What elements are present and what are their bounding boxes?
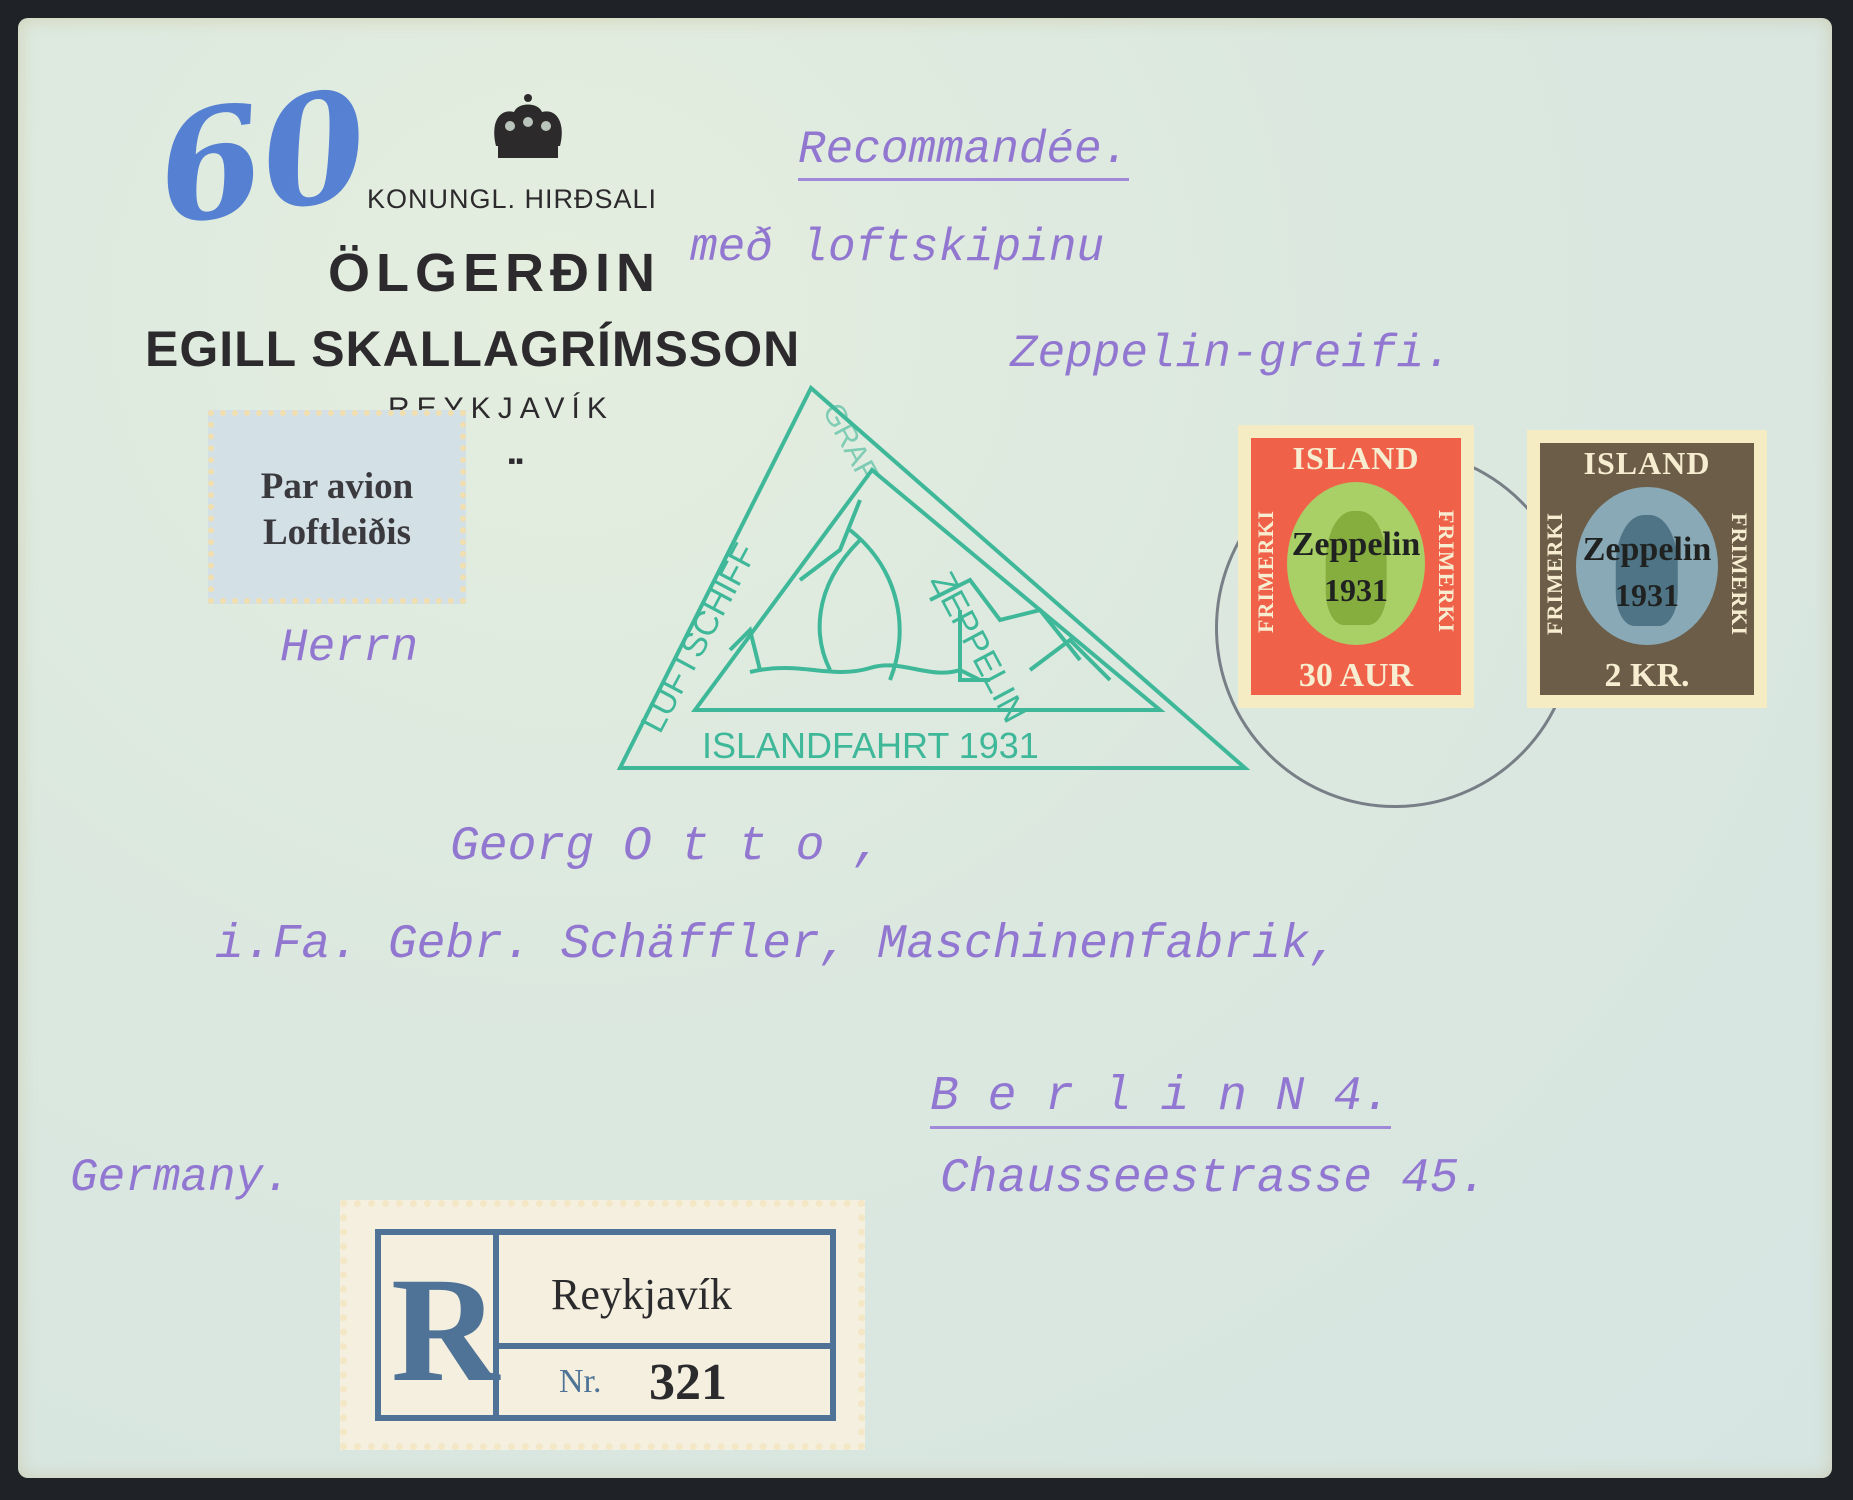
registration-nr-label: Nr. xyxy=(559,1363,602,1401)
address-country: Germany. xyxy=(70,1152,291,1204)
stamp-2-kr: ISLAND FRIMERKI FRIMERKI Zeppelin 1931 2… xyxy=(1527,430,1767,708)
stamp-overprint: Zeppelin xyxy=(1540,531,1754,569)
registered-note: Recommandée. xyxy=(798,124,1129,181)
airmail-label-line1: Par avion xyxy=(214,464,460,510)
stamp-country: ISLAND xyxy=(1540,445,1754,482)
stamp-side-left: FRIMERKI xyxy=(1542,503,1572,645)
via-airship-note: með loftskipinu xyxy=(690,222,1104,274)
registration-letter: R xyxy=(391,1255,499,1405)
registration-r-box: R xyxy=(381,1235,499,1415)
address-city: B e r l i n N 4. xyxy=(930,1070,1391,1129)
zeppelin-note: Zeppelin-greifi. xyxy=(1010,328,1452,380)
registration-number: 321 xyxy=(649,1353,727,1412)
stamp-denomination: 30 AUR xyxy=(1251,657,1461,695)
stamp-30-aur: ISLAND FRIMERKI FRIMERKI Zeppelin 1931 3… xyxy=(1238,425,1474,708)
stamp-overprint: Zeppelin xyxy=(1251,526,1461,564)
address-name: Georg O t t o , xyxy=(450,820,882,874)
registration-divider xyxy=(499,1343,830,1349)
letterhead-company: ÖLGERÐIN xyxy=(328,242,661,304)
registration-label: R Reykjavík Nr. 321 xyxy=(340,1200,865,1450)
stamp-country: ISLAND xyxy=(1251,440,1461,477)
stamp-overprint-year: 1931 xyxy=(1251,572,1461,609)
crown-icon xyxy=(490,92,566,162)
pencil-note: 60 xyxy=(147,56,378,259)
registration-office: Reykjavík xyxy=(551,1269,732,1320)
stamp-frame: ISLAND FRIMERKI FRIMERKI Zeppelin 1931 2… xyxy=(1540,443,1754,695)
zeppelin-cachet: LUFTSCHIFF GRAF ZEPPELIN ISLANDFAHRT 193… xyxy=(600,380,1260,780)
letterhead-title: KONUNGL. HIRÐSALI xyxy=(367,184,657,215)
letterhead-owner: EGILL SKALLAGRÍMSSON xyxy=(145,320,800,378)
stamp-denomination: 2 KR. xyxy=(1540,657,1754,695)
airmail-label: Par avion Loftleiðis xyxy=(208,410,466,604)
address-street: Chausseestrasse 45. xyxy=(940,1152,1487,1206)
letterhead-ornament: ▪▪ xyxy=(508,448,524,474)
address-salutation: Herrn xyxy=(280,622,418,674)
cachet-bottom-text: ISLANDFAHRT 1931 xyxy=(702,725,1039,766)
stamp-frame: ISLAND FRIMERKI FRIMERKI Zeppelin 1931 3… xyxy=(1251,438,1461,695)
registration-label-frame: R Reykjavík Nr. 321 xyxy=(375,1229,836,1421)
stamp-overprint-year: 1931 xyxy=(1540,577,1754,614)
stamp-side-right: FRIMERKI xyxy=(1722,503,1752,645)
address-company: i.Fa. Gebr. Schäffler, Maschinenfabrik, xyxy=(215,918,1338,972)
airmail-label-line2: Loftleiðis xyxy=(214,510,460,556)
